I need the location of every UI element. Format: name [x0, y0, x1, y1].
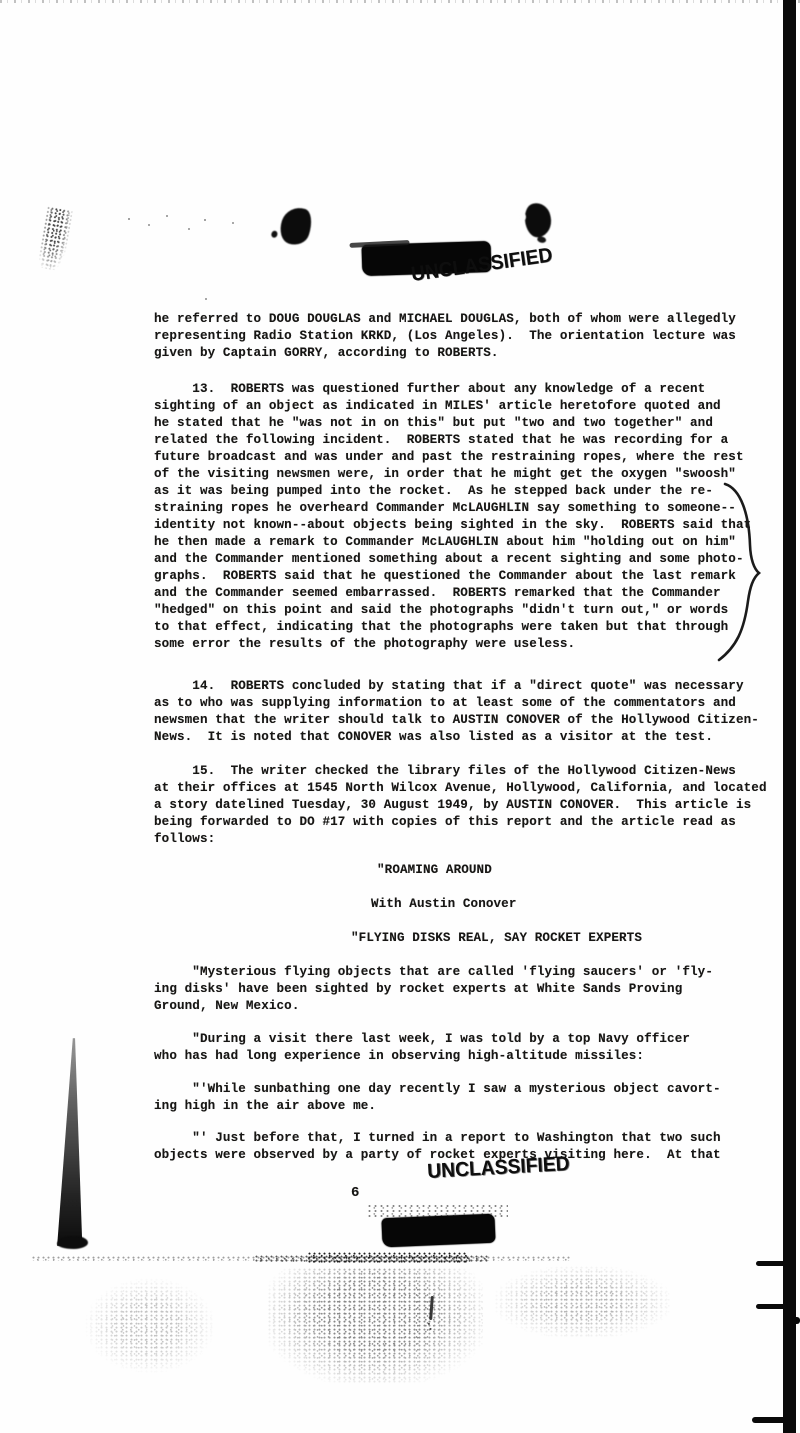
- article-headline: "FLYING DISKS REAL, SAY ROCKET EXPERTS: [351, 930, 642, 947]
- margin-ink-dots: [128, 218, 130, 220]
- ink-splotch-left: [276, 203, 316, 248]
- handwritten-brace-mark: [711, 479, 765, 665]
- scanned-document-page: UNCLASSIFIED he referred to DOUG DOUGLAS…: [0, 0, 800, 1433]
- scan-streak-blob: [57, 1236, 88, 1249]
- scan-edge-noise-top: [0, 0, 800, 3]
- paragraph-mysterious: "Mysterious flying objects that are call…: [154, 964, 713, 1015]
- scan-noise-band-heavy: [308, 1252, 468, 1264]
- scan-band-nub: [795, 1317, 800, 1324]
- scan-speckle-cloud-center: [268, 1268, 483, 1383]
- scan-speckle-cloud-left: [85, 1278, 215, 1373]
- paragraph-during: "During a visit there last week, I was t…: [154, 1031, 690, 1065]
- scan-speckle-cloud-right: [495, 1266, 670, 1338]
- article-title: "ROAMING AROUND: [377, 862, 492, 879]
- scan-band-tick-2: [756, 1304, 784, 1309]
- page-number: 6: [351, 1185, 360, 1202]
- margin-speckle-cluster: [37, 206, 73, 272]
- paragraph-13: 13. ROBERTS was questioned further about…: [154, 381, 751, 653]
- scan-band-tick-3: [752, 1417, 784, 1423]
- paragraph-while: "'While sunbathing one day recently I sa…: [154, 1081, 721, 1115]
- article-byline: With Austin Conover: [371, 896, 517, 913]
- paragraph-intro: he referred to DOUG DOUGLAS and MICHAEL …: [154, 311, 736, 362]
- ink-splotch-right: [522, 201, 555, 240]
- scan-band-tick-1: [756, 1261, 784, 1266]
- scan-band-right: [783, 0, 796, 1433]
- redaction-bar-bottom: [381, 1214, 495, 1248]
- paragraph-14: 14. ROBERTS concluded by stating that if…: [154, 678, 759, 746]
- paragraph-15: 15. The writer checked the library files…: [154, 763, 767, 848]
- scan-streak-bottom-left: [56, 1038, 84, 1246]
